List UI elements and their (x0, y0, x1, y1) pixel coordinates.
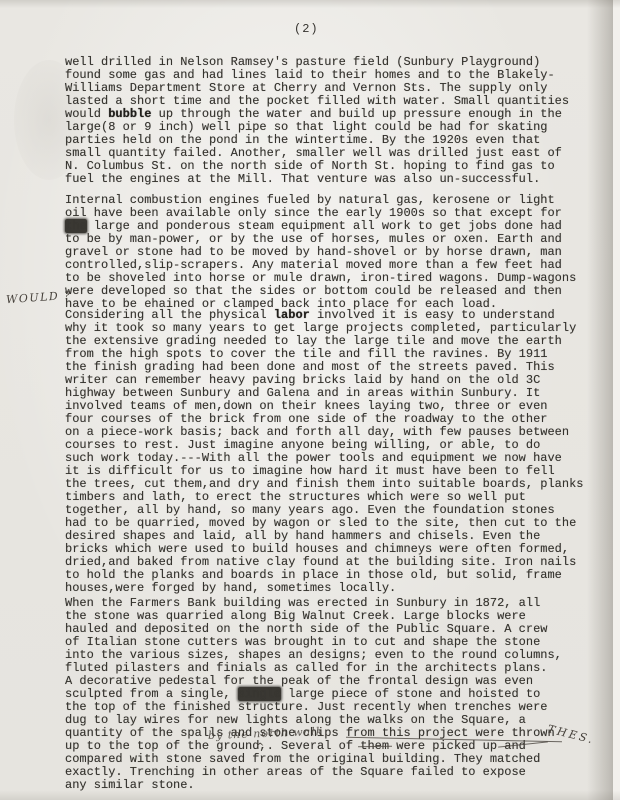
paragraph-physical-labor: Considering all the physical labor invol… (65, 309, 605, 595)
scan-edge-strip-right (613, 0, 620, 800)
blotted-out-word: single (238, 687, 281, 701)
paragraph-farmers-bank: When the Farmers Bank building was erect… (65, 597, 605, 792)
scan-edge-shadow-top (0, 0, 620, 8)
page-number: (2) (294, 22, 319, 36)
paragraph-gas-wells: well drilled in Nelson Ramsey's pasture … (65, 56, 605, 186)
paragraph-text: Considering all the physical (65, 308, 274, 322)
overstruck-word: labor (274, 308, 310, 322)
paragraph-text: involved it is easy to understand why it… (65, 308, 583, 595)
paragraph-combustion-engines: Internal combustion engines fueled by na… (65, 194, 605, 311)
paragraph-text: Internal combustion engines fueled by na… (65, 193, 562, 220)
scanned-document-page: (2) well drilled in Nelson Ramsey's past… (0, 0, 620, 800)
overstruck-word: bubble (108, 107, 151, 121)
scan-edge-shadow-right (587, 0, 613, 800)
handwritten-caret-mark: ^ (256, 742, 264, 753)
scan-edge-shadow-bottom (0, 790, 620, 800)
paragraph-text: large and ponderous steam equipment all … (65, 219, 576, 311)
blotted-out-word: the (65, 219, 87, 233)
paragraph-text: When the Farmers Bank building was erect… (65, 596, 562, 701)
handwritten-left-margin-note: WOULD ? (6, 289, 72, 307)
